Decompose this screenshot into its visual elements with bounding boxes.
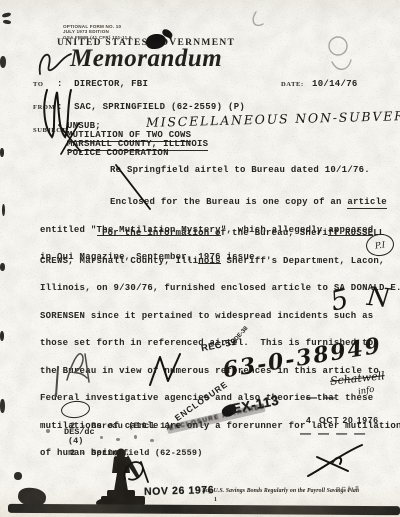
pen-dashes-bottom: — — — — bbox=[300, 428, 367, 440]
smudge bbox=[14, 472, 22, 480]
body-paragraph-1: Re Springfield airtel to Bureau dated 10… bbox=[40, 166, 396, 175]
pen-slash bbox=[108, 161, 156, 215]
margin-note-n: N bbox=[365, 282, 391, 314]
circled-initials: P.I bbox=[374, 240, 385, 251]
pencil-smudge bbox=[116, 438, 120, 441]
body-line: CREWS, Marshall County, Illinois Sheriff… bbox=[40, 257, 398, 266]
smudge bbox=[2, 204, 5, 216]
pencil-smudge bbox=[46, 429, 50, 433]
smudge bbox=[3, 19, 11, 24]
date-label: DATE: bbox=[281, 81, 304, 88]
body-line: Enclosed for the Bureau is one copy of a… bbox=[40, 198, 396, 207]
date-stamp-prefix: 4 bbox=[306, 415, 311, 425]
pen-squiggle-title bbox=[36, 47, 76, 79]
smudge bbox=[0, 331, 4, 341]
pencil-smudge bbox=[150, 439, 154, 442]
memo-title: Memorandum bbox=[70, 45, 222, 73]
date-value: 10/14/76 bbox=[312, 79, 358, 89]
memo-document: OPTIONAL FORM NO. 10 JULY 1973 EDITION G… bbox=[0, 0, 400, 517]
pen-dashes-top: — — bbox=[306, 392, 337, 404]
pencil-smudge bbox=[100, 436, 103, 439]
body-line: Federal investigative agencies and also … bbox=[40, 394, 398, 403]
pencil-smudge bbox=[134, 435, 137, 439]
page-number: 1 bbox=[214, 497, 217, 503]
pen-scribble-bottom-right bbox=[303, 441, 367, 483]
pencil-a-mark bbox=[62, 348, 92, 386]
smudge bbox=[0, 148, 4, 157]
smudge bbox=[0, 56, 6, 68]
pen-scribble-top bbox=[242, 2, 367, 74]
subject-block: UNSUB; MUTILATION OF TWO COWS MARSHALL C… bbox=[67, 122, 208, 158]
date-received-stamp: OCT 20 1976 bbox=[319, 415, 379, 425]
pen-loop bbox=[120, 456, 152, 486]
underlined-text: article bbox=[347, 197, 387, 209]
smudge bbox=[0, 263, 5, 271]
bottom-scan-bar bbox=[8, 504, 400, 515]
pen-check-mark bbox=[146, 351, 184, 389]
smudge bbox=[2, 12, 12, 18]
from-value: : SAC, SPRINGFIELD (62-2559) (P) bbox=[57, 102, 245, 112]
copy-count: (4) bbox=[68, 436, 83, 446]
smudge bbox=[0, 399, 5, 413]
body-line: For the information of the Bureau, Sheri… bbox=[40, 229, 398, 238]
pen-x-mark bbox=[54, 121, 86, 157]
